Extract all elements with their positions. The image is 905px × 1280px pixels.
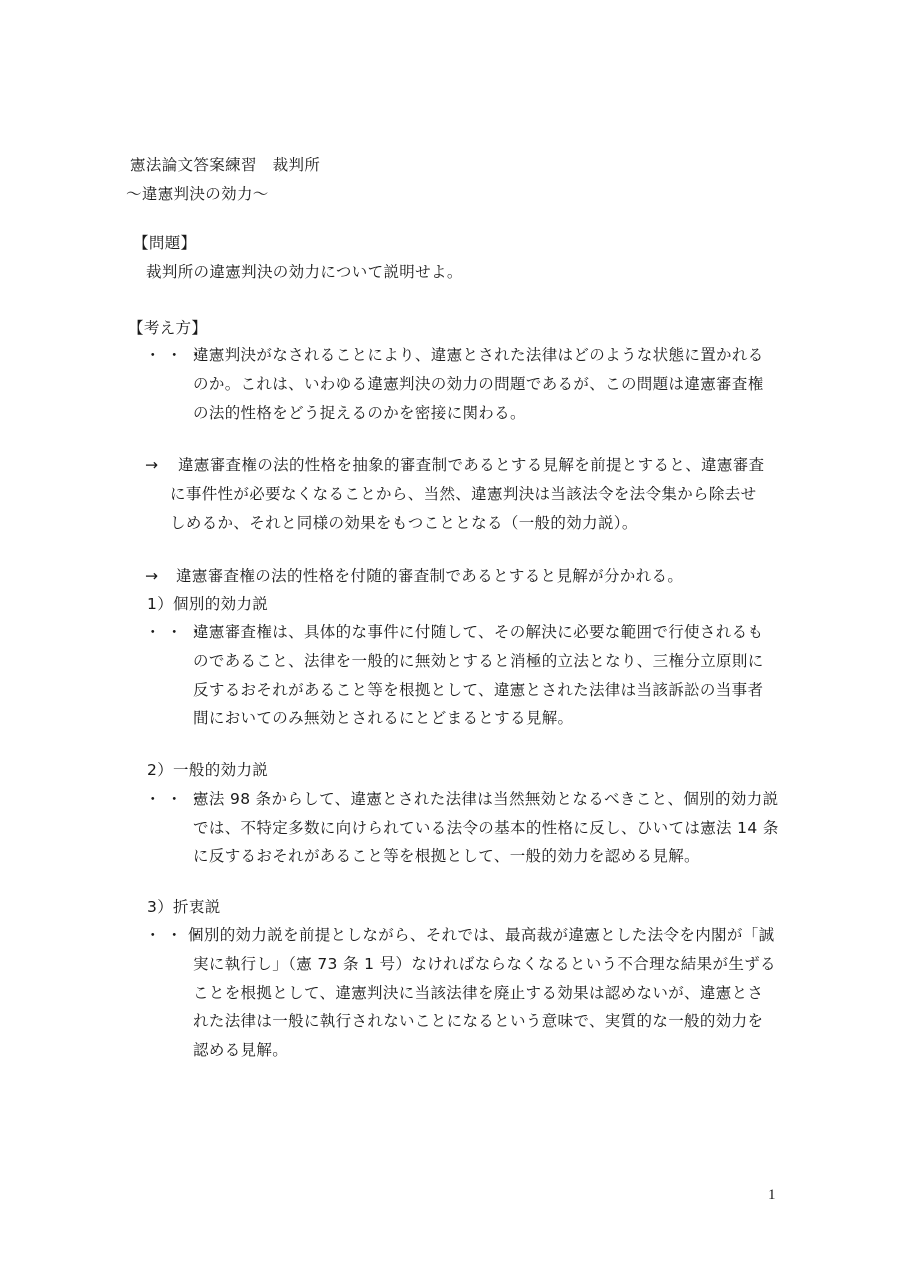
document-title: 憲法論文答案練習 裁判所 xyxy=(130,155,320,175)
theory-2-line: では、不特定多数に向けられている法令の基本的性格に反し、ひいては憲法 14 条 xyxy=(193,818,779,838)
intro-line: の法的性格をどう捉えるのかを密接に関わる。 xyxy=(193,403,526,423)
incidental-review-text: 違憲審査権の法的性格を付随的審査制であるとすると見解が分かれる。 xyxy=(176,566,683,586)
theory-3-line: 個別的効力説を前提としながら、それでは、最高裁が違憲とした法令を内閣が「誠 xyxy=(188,925,774,945)
theory-1-line: 間においてのみ無効とされるにとどまるとする見解。 xyxy=(193,708,573,728)
arrow-marker: → xyxy=(145,566,158,586)
theory-2-line: に反するおそれがあること等を根拠として、一般的効力を認める見解。 xyxy=(193,846,700,866)
document-page: 憲法論文答案練習 裁判所 ～違憲判決の効力～ 【問題】 裁判所の違憲判決の効力に… xyxy=(0,0,905,1280)
page-number: 1 xyxy=(768,1187,776,1204)
theory-3-line: 認める見解。 xyxy=(193,1040,288,1060)
intro-line: のか。これは、いわゆる違憲判決の効力の問題であるが、この問題は違憲審査権 xyxy=(193,374,764,394)
theory-1-line: のであること、法律を一般的に無効とすると消極的立法となり、三権分立原則に xyxy=(193,651,764,671)
abstract-review-line: に事件性が必要なくなることから、当然、違憲判決は当該法令を法令集から除去せ xyxy=(170,484,756,504)
approach-heading: 【考え方】 xyxy=(128,318,207,338)
theory-3-line: 実に執行し」（憲 73 条 1 号）なければならなくなるという不合理な結果が生ず… xyxy=(193,954,776,974)
document-subtitle: ～違憲判決の効力～ xyxy=(126,184,269,204)
theory-3-line: ことを根拠として、違憲判決に当該法律を廃止する効果は認めないが、違憲とさ xyxy=(193,983,763,1003)
theory-3-heading: 3）折衷説 xyxy=(147,897,221,917)
question-heading: 【問題】 xyxy=(133,233,196,253)
intro-line: 違憲判決がなされることにより、違憲とされた法律はどのような状態に置かれる xyxy=(193,345,764,365)
theory-3-line: れた法律は一般に執行されないことになるという意味で、実質的な一般的効力を xyxy=(193,1011,763,1031)
theory-1-line: 反するおそれがあること等を根拠として、違憲とされた法律は当該訴訟の当事者 xyxy=(193,680,763,700)
theory-1-line: 違憲審査権は、具体的な事件に付随して、その解決に必要な範囲で行使されるも xyxy=(193,622,763,642)
abstract-review-line: しめるか、それと同様の効果をもつこととなる（一般的効力説）。 xyxy=(170,513,638,533)
theory-2-heading: 2）一般的効力説 xyxy=(147,760,268,780)
theory-2-line: 憲法 98 条からして、違憲とされた法律は当然無効となるべきこと、個別的効力説 xyxy=(193,789,778,809)
abstract-review-line: 違憲審査権の法的性格を抽象的審査制であるとする見解を前提とすると、違憲審査 xyxy=(178,455,764,475)
question-text: 裁判所の違憲判決の効力について説明せよ。 xyxy=(146,262,463,282)
theory-1-heading: 1）個別的効力説 xyxy=(147,594,268,614)
arrow-marker: → xyxy=(145,455,158,475)
